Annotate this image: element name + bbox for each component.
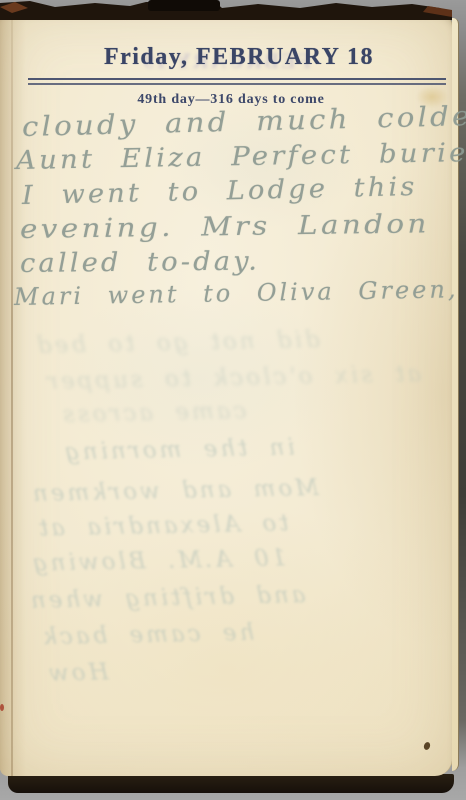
divider-line-bottom	[28, 83, 446, 85]
bleedthrough-line: and drifting when	[28, 582, 306, 614]
book-binding-top	[0, 0, 466, 24]
bleedthrough-line: Mom and workmen	[30, 475, 319, 507]
bleedthrough-line: How	[46, 659, 109, 686]
divider-line-top	[28, 78, 446, 80]
entry-line: I went to Lodge this	[22, 172, 418, 211]
bleedthrough-line: to Alexandria at	[36, 510, 289, 541]
bleedthrough-line: did not go to bed	[34, 327, 320, 359]
bleedthrough-line: he came back	[40, 620, 255, 650]
entry-line: Mari went to Oliva Green,	[14, 275, 459, 311]
gutter-crease	[11, 12, 13, 776]
entry-line: Aunt Eliza Perfect buried,	[16, 138, 466, 176]
book-binding-bottom	[8, 774, 454, 793]
binding-torn-edge	[0, 1, 452, 20]
bleedthrough-line: in the morning	[62, 435, 295, 466]
bleedthrough-line: at six o'clock to supper	[44, 361, 422, 395]
bleedthrough-line: came across	[60, 398, 247, 428]
foxing-spot	[423, 741, 431, 751]
yellow-stain	[416, 86, 448, 108]
bleedthrough-line: 10 A.M. Blowing	[30, 545, 287, 576]
diary-page: FEBRUARY 19 Friday, FEBRUARY 18 49th day…	[0, 12, 453, 776]
header-divider	[28, 78, 446, 85]
entry-line: evening. Mrs Landon	[20, 209, 430, 245]
red-speck	[0, 704, 4, 711]
binding-dark-lump	[148, 0, 220, 11]
entry-line: called to-day.	[20, 246, 260, 279]
scanned-diary-photo: FEBRUARY 19 Friday, FEBRUARY 18 49th day…	[0, 0, 466, 800]
